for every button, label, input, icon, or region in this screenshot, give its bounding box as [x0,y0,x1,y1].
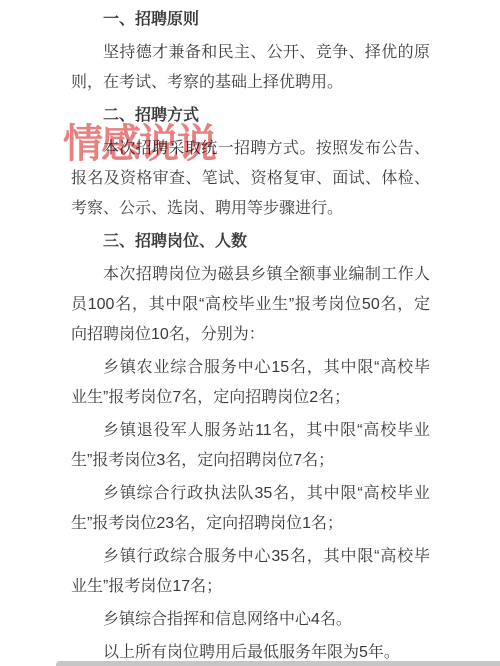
bottom-divider [56,661,500,666]
section-heading: 一、招聘原则 [71,5,430,35]
section-heading: 二、招聘方式 [71,101,430,131]
paragraph: 乡镇综合指挥和信息网络中心4名。 [71,605,430,635]
article-body: 一、招聘原则坚持德才兼备和民主、公开、竞争、择优的原则，在考试、考察的基础上择优… [0,0,500,666]
paragraph: 乡镇农业综合服务中心15名，其中限“高校毕业生”报考岗位7名，定向招聘岗位2名； [71,353,430,413]
article-page: 一、招聘原则坚持德才兼备和民主、公开、竞争、择优的原则，在考试、考察的基础上择优… [0,0,500,666]
paragraph: 乡镇行政综合服务中心35名，其中限“高校毕业生”报考岗位17名； [71,542,430,602]
paragraph: 本次招聘岗位为磁县乡镇全额事业编制工作人员100名，其中限“高校毕业生”报考岗位… [71,260,430,350]
section-heading: 三、招聘岗位、人数 [71,227,430,257]
paragraph: 本次招聘采取统一招聘方式。按照发布公告、报名及资格审查、笔试、资格复审、面试、体… [71,134,430,224]
paragraph: 乡镇综合行政执法队35名，其中限“高校毕业生”报考岗位23名，定向招聘岗位1名； [71,479,430,539]
paragraph: 乡镇退役军人服务站11名，其中限“高校毕业生”报考岗位3名，定向招聘岗位7名； [71,416,430,476]
paragraph: 坚持德才兼备和民主、公开、竞争、择优的原则，在考试、考察的基础上择优聘用。 [71,38,430,98]
